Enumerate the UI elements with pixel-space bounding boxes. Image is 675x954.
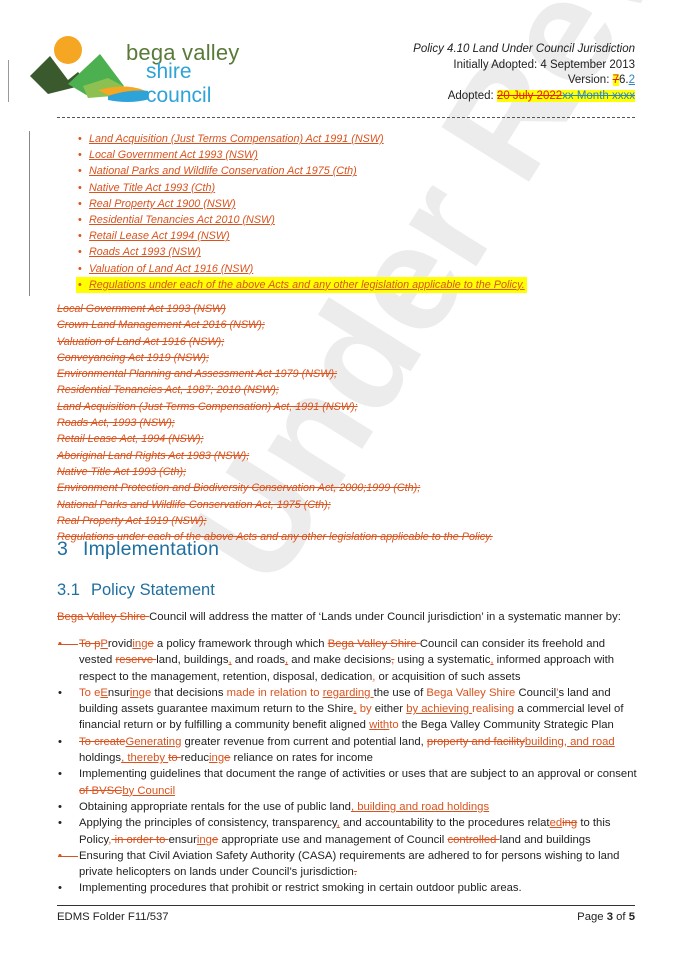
bullet-icon: •	[78, 212, 89, 228]
section-heading: 3Implementation	[57, 538, 219, 561]
policy-title: Policy 4.10 Land Under Council Jurisdict…	[413, 42, 635, 58]
adopted-inserted: xx Month xxxx	[562, 90, 635, 102]
bullet-icon: •	[78, 163, 89, 179]
bullet-icon: •	[78, 228, 89, 244]
logo-text-line2: shire council	[146, 60, 248, 108]
subsection-heading: 3.1Policy Statement	[57, 581, 215, 600]
deleted-legislation-item: Roads Act, 1993 (NSW);	[57, 415, 493, 431]
policy-statement-list: • To pProvidinge a policy framework thro…	[57, 636, 637, 897]
adopted-deleted: 20 July 2022	[497, 90, 562, 102]
deleted-legislation-item: Environmental Planning and Assessment Ac…	[57, 366, 493, 382]
bullet-icon: •	[58, 815, 62, 831]
legislation-item-highlighted: •Regulations under each of the above Act…	[76, 277, 527, 293]
page-number: Page 3 of 5	[577, 911, 635, 923]
deleted-legislation-item: Land Acquisition (Just Terms Compensatio…	[57, 399, 493, 415]
deleted-legislation-item: National Parks and Wildlife Conservation…	[57, 497, 493, 513]
legislation-item: •Roads Act 1993 (NSW)	[78, 244, 527, 260]
deleted-legislation-item: Aboriginal Land Rights Act 1983 (NSW);	[57, 448, 493, 464]
subsection-number: 3.1	[57, 581, 91, 600]
legislation-item: •Residential Tenancies Act 2010 (NSW)	[78, 212, 527, 228]
intro-paragraph: Bega Valley Shire Council will address t…	[57, 611, 621, 623]
deleted-legislation-item: Environment Protection and Biodiversity …	[57, 480, 493, 496]
policy-bullet: • Obtaining appropriate rentals for the …	[57, 799, 637, 815]
legislation-item: •Native Title Act 1993 (Cth)	[78, 180, 527, 196]
edms-folder: EDMS Folder F11/537	[57, 911, 169, 923]
legislation-item: •Retail Lease Act 1994 (NSW)	[78, 228, 527, 244]
section-title: Implementation	[83, 538, 219, 560]
council-logo: bega valley shire council	[28, 34, 248, 102]
section-number: 3	[57, 538, 83, 561]
bullet-icon: •	[58, 799, 62, 815]
header-divider	[57, 117, 635, 118]
initially-adopted: Initially Adopted: 4 September 2013	[413, 58, 635, 74]
deleted-legislation-item: Residential Tenancies Act, 1987; 2010 (N…	[57, 382, 493, 398]
bullet-icon: •	[78, 277, 89, 293]
policy-bullet: • To pProvidinge a policy framework thro…	[57, 636, 637, 685]
version: Version: 76.2	[413, 73, 635, 89]
inserted-legislation-list: •Land Acquisition (Just Terms Compensati…	[78, 131, 527, 293]
deleted-legislation-item: Valuation of Land Act 1916 (NSW);	[57, 334, 493, 350]
deleted-legislation-item: Retail Lease Act, 1994 (NSW);	[57, 431, 493, 447]
legislation-item: •National Parks and Wildlife Conservatio…	[78, 163, 527, 179]
legislation-item: •Land Acquisition (Just Terms Compensati…	[78, 131, 527, 147]
bullet-icon: •	[58, 636, 62, 652]
bullet-icon: •	[78, 244, 89, 260]
bullet-icon: •	[58, 685, 62, 701]
policy-bullet: • Implementing procedures that prohibit …	[57, 880, 637, 896]
policy-bullet: • Applying the principles of consistency…	[57, 815, 637, 848]
legislation-item: •Local Government Act 1993 (NSW)	[78, 147, 527, 163]
deleted-legislation-list: Local Government Act 1993 (NSW) Crown La…	[57, 301, 493, 545]
version-inserted: 2	[629, 74, 635, 86]
bullet-icon: •	[58, 880, 62, 896]
bullet-icon: •	[78, 180, 89, 196]
document-header-info: Policy 4.10 Land Under Council Jurisdict…	[413, 42, 635, 104]
bullet-icon: •	[78, 131, 89, 147]
bullet-icon: •	[58, 848, 62, 864]
bullet-icon: •	[78, 196, 89, 212]
deleted-legislation-item: Local Government Act 1993 (NSW)	[57, 301, 493, 317]
footer-divider	[57, 905, 635, 906]
deleted-legislation-item: Conveyancing Act 1919 (NSW);	[57, 350, 493, 366]
bullet-icon: •	[78, 261, 89, 277]
policy-bullet: • To eEnsuringe that decisions made in r…	[57, 685, 637, 734]
change-bar	[8, 60, 9, 102]
deleted-legislation-item: Native Title Act 1993 (Cth);	[57, 464, 493, 480]
deleted-legislation-item: Real Property Act 1919 (NSW);	[57, 513, 493, 529]
bullet-icon: •	[78, 147, 89, 163]
policy-bullet: • Ensuring that Civil Aviation Safety Au…	[57, 848, 637, 881]
policy-bullet: • Implementing guidelines that document …	[57, 766, 637, 799]
subsection-title: Policy Statement	[91, 581, 215, 599]
bullet-icon: •	[58, 766, 62, 782]
bullet-icon: •	[58, 734, 62, 750]
deleted-legislation-item: Crown Land Management Act 2016 (NSW);	[57, 317, 493, 333]
legislation-item: •Valuation of Land Act 1916 (NSW)	[78, 261, 527, 277]
change-bar	[29, 131, 30, 296]
adopted-date: Adopted: 20 July 2022xx Month xxxx	[413, 89, 635, 105]
document-page: Under Review bega valley shire council P…	[0, 0, 675, 954]
legislation-item: •Real Property Act 1900 (NSW)	[78, 196, 527, 212]
policy-bullet: • To createGenerating greater revenue fr…	[57, 734, 637, 767]
